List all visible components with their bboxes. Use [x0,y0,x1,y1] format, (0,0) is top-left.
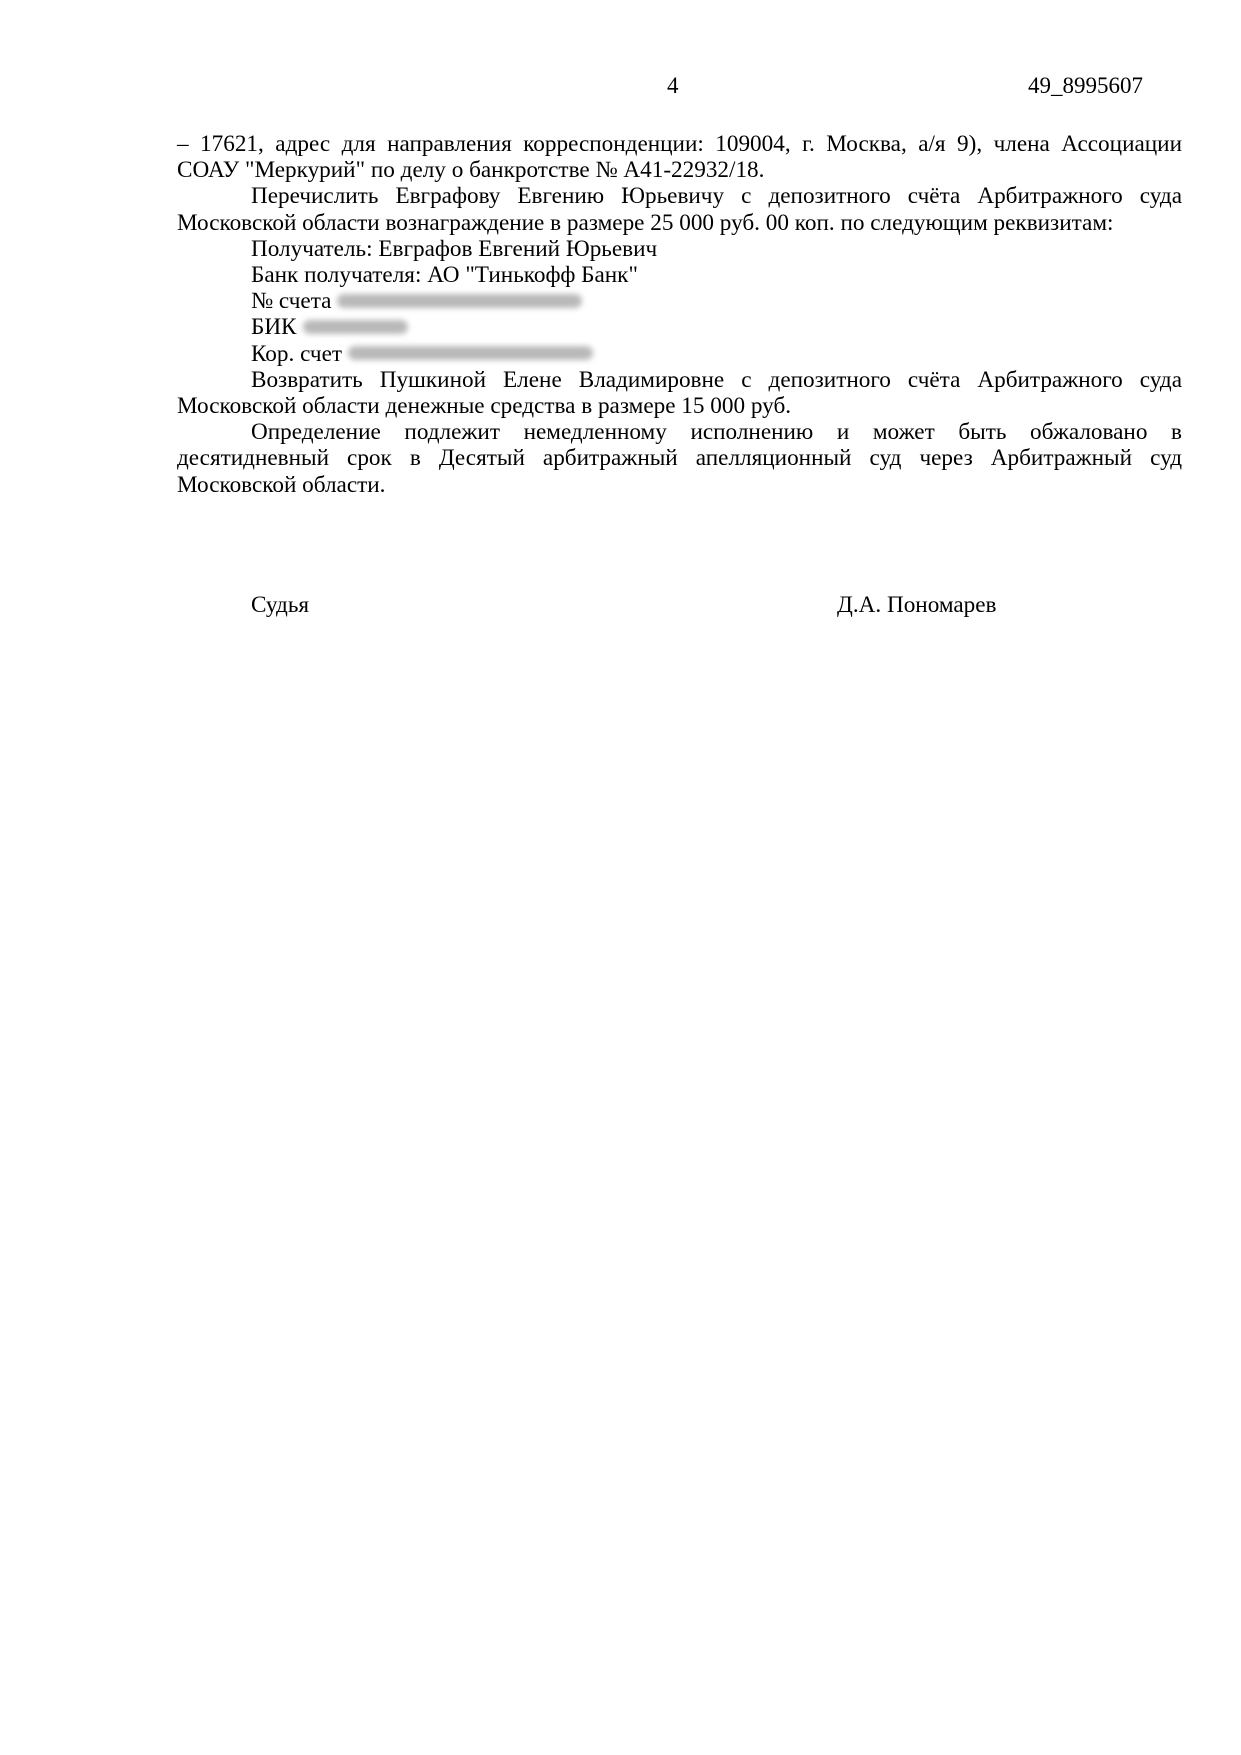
account-value-redacted [337,294,582,308]
paragraph-appeal: Определение подлежит немедленному исполн… [177,419,1182,498]
judge-name: Д.А. Пономарев [837,592,997,618]
requisite-corr-account: Кор. счет [177,341,1182,367]
paragraph-transfer-fee: Перечислить Евграфову Евгению Юрьевичу с… [177,183,1182,235]
page-number: 4 [667,73,679,99]
paragraph-refund: Возвратить Пушкиной Елене Владимировне с… [177,367,1182,419]
document-page: 4 49_8995607 – 17621, адрес для направле… [0,0,1241,1755]
requisite-bik: БИК [177,314,1182,340]
document-id: 49_8995607 [1028,73,1143,99]
requisite-account: № счета [177,288,1182,314]
bik-value-redacted [303,320,408,334]
paragraph-arbitration-manager: – 17621, адрес для направления корреспон… [177,131,1182,183]
corr-account-label: Кор. счет [251,341,342,367]
payment-requisites: Получатель: Евграфов Евгений Юрьевич Бан… [177,236,1182,367]
bik-label: БИК [251,314,297,340]
requisite-recipient: Получатель: Евграфов Евгений Юрьевич [177,236,1182,262]
corr-account-value-redacted [348,346,593,360]
document-body: – 17621, адрес для направления корреспон… [177,131,1182,498]
account-label: № счета [251,288,331,314]
requisite-bank: Банк получателя: АО "Тинькофф Банк" [177,262,1182,288]
judge-title: Судья [251,592,309,618]
